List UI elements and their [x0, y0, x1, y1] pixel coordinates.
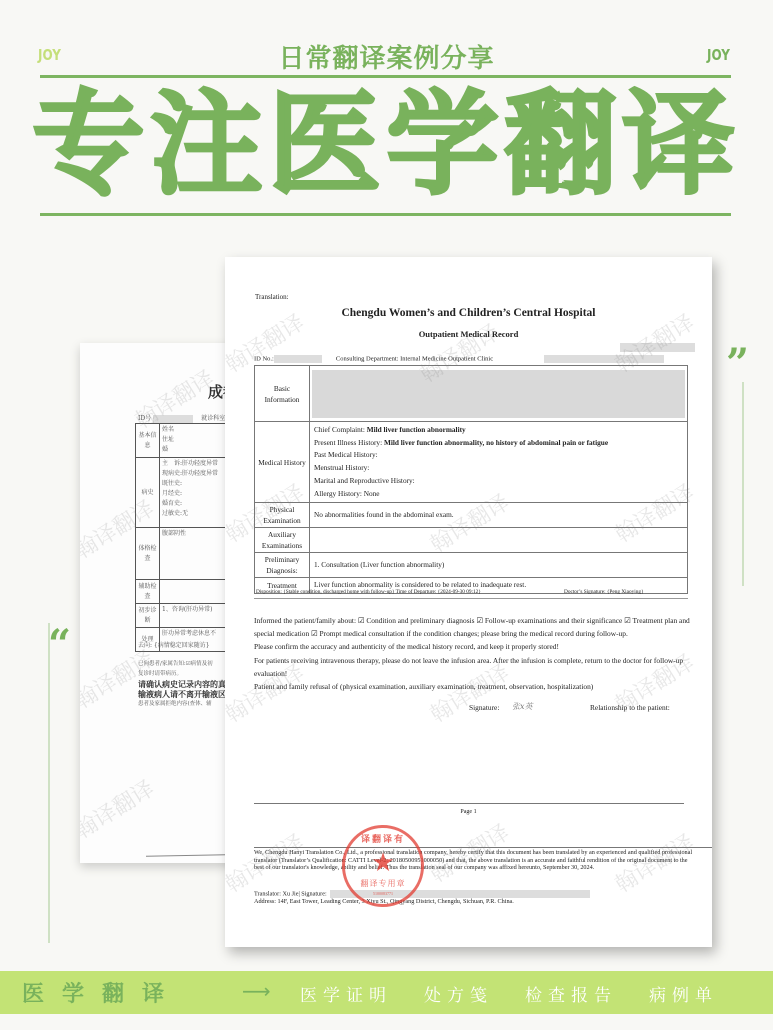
- history-key: Allergy History: None: [314, 489, 380, 498]
- original-disposition: 去向: {病情稳定回家随访}: [138, 641, 234, 651]
- history-value: Mild liver function abnormality, no hist…: [384, 438, 608, 447]
- seal-top-text: 译翻译有: [345, 832, 421, 845]
- hospital-name: Chengdu Women’s and Children’s Central H…: [225, 307, 712, 319]
- department: Consulting Department: Internal Medicine…: [336, 355, 493, 362]
- history-line: Allergy History: None: [314, 488, 683, 501]
- watermark: 翰译翻译: [80, 772, 160, 845]
- history-key: Menstrual History:: [314, 463, 369, 472]
- category-exam-report: 检查报告: [525, 981, 617, 1006]
- table-row: Basic Information: [255, 366, 688, 422]
- certification-text: We, Chengdu Hanyi Translation Co., Ltd.,…: [254, 849, 694, 872]
- history-line: Marital and Reproductive History:: [314, 475, 683, 488]
- divider: [254, 803, 684, 804]
- table-row: Preliminary Diagnosis: 1. Consultation (…: [255, 553, 688, 578]
- doctor-signature: Doctor’s Signature: {Peng Xiaoying}: [564, 589, 644, 595]
- decor-line-left: [48, 623, 50, 943]
- translator-line: Translator: Xu Jie| Signature:: [254, 890, 327, 897]
- original-row-label: 体格检查: [136, 528, 160, 580]
- category-prescription: 处方笺: [424, 981, 493, 1006]
- original-notes: 去向: {病情稳定回家随访} 已向患者/家属告知:☑病情及初 复诊时请带病历。 …: [138, 641, 234, 709]
- decor-line-right: [742, 382, 744, 586]
- main-title: 专注医学翻译: [0, 80, 773, 210]
- history-line: Chief Complaint: Mild liver function abn…: [314, 424, 683, 437]
- page-number: Page 1: [225, 809, 712, 815]
- redaction: [620, 343, 695, 352]
- category-medical-certificate: 医学证明: [300, 981, 392, 1006]
- redaction: [544, 355, 664, 363]
- medical-history-cell: Chief Complaint: Mild liver function abn…: [310, 422, 688, 503]
- translation-document: Translation: Chengdu Women’s and Childre…: [225, 257, 712, 947]
- row-label: Preliminary Diagnosis:: [255, 553, 310, 578]
- history-line: Present Illness History: Mild liver func…: [314, 437, 683, 450]
- original-note: 患者及家属拒绝内容(查体、辅: [138, 699, 234, 709]
- subtitle: 日常翻译案例分享: [0, 38, 773, 75]
- original-row-label: 基本信息: [136, 424, 160, 458]
- history-key: Chief Complaint:: [314, 425, 367, 434]
- informed-text: Patient and family refusal of (physical …: [254, 680, 694, 693]
- original-note: 输液病人请不离开输液区,: [138, 689, 234, 699]
- history-key: Past Medical History:: [314, 450, 378, 459]
- medical-record-table: Basic Information Medical History Chief …: [254, 365, 688, 594]
- row-label: Basic Information: [255, 366, 310, 422]
- original-footer-line: [146, 854, 226, 856]
- disposition-row: Disposition: {Stable condition, discharg…: [256, 589, 686, 595]
- translation-seal: 译翻译有 ★ 翻译专用章 5100083771: [342, 825, 424, 907]
- history-line: Menstrual History:: [314, 462, 683, 475]
- row-value: 1. Consultation (Liver function abnormal…: [310, 553, 688, 578]
- seal-bottom-text: 翻译专用章: [345, 878, 421, 889]
- row-label: Auxiliary Examinations: [255, 528, 310, 553]
- seal-number: 5100083771: [345, 891, 421, 896]
- table-row: Physical Examination No abnormalities fo…: [255, 503, 688, 528]
- original-dept-label: 就诊科室: [201, 415, 225, 422]
- row-value: No abnormalities found in the abdominal …: [310, 503, 688, 528]
- row-value: [310, 528, 688, 553]
- divider-bottom: [40, 213, 731, 216]
- open-quote-icon: “: [48, 625, 71, 665]
- original-id-label: ID号: [138, 415, 151, 422]
- bottom-banner: 医学翻译 ⟶ 医学证明 处方笺 检查报告 病例单: [0, 971, 773, 1014]
- relationship-label: Relationship to the patient:: [590, 703, 670, 712]
- original-note: 复诊时请带病历。: [138, 669, 234, 679]
- divider: [254, 847, 712, 848]
- handwritten-signature: 张x英: [512, 701, 533, 712]
- table-row: Medical History Chief Complaint: Mild li…: [255, 422, 688, 503]
- close-quote-icon: ”: [726, 344, 749, 384]
- divider: [254, 598, 688, 599]
- basic-info-cell: [310, 366, 688, 422]
- disposition: Disposition: {Stable condition, discharg…: [256, 589, 481, 595]
- translator-info: Translator: Xu Jie| Signature: Address: …: [254, 890, 694, 906]
- redaction: [312, 370, 685, 418]
- original-document: 成都 ID号就诊科室 基本信息姓名住址婚病史主 诉:肝功轻度异常现病史:肝功轻度…: [80, 343, 240, 863]
- original-row-label: 辅助检查: [136, 580, 160, 604]
- table-row: Auxiliary Examinations: [255, 528, 688, 553]
- informed-text: Please confirm the accuracy and authenti…: [254, 640, 694, 653]
- history-value: Mild liver function abnormality: [367, 425, 466, 434]
- original-note: 已向患者/家属告知:☑病情及初: [138, 659, 234, 669]
- original-id-row: ID号就诊科室: [138, 413, 225, 423]
- id-label: ID No.:: [254, 355, 274, 362]
- arrow-right-icon: ⟶: [242, 979, 271, 1003]
- history-key: Present Illness History:: [314, 438, 384, 447]
- informed-text: Informed the patient/family about: ☑ Con…: [254, 614, 694, 640]
- original-row-label: 初步诊断: [136, 604, 160, 628]
- original-row-label: 病史: [136, 458, 160, 528]
- history-key: Marital and Reproductive History:: [314, 476, 415, 485]
- row-label: Physical Examination: [255, 503, 310, 528]
- informed-text: For patients receiving intravenous thera…: [254, 654, 694, 680]
- translation-label: Translation:: [255, 293, 289, 301]
- star-icon: ★: [345, 850, 421, 876]
- original-note: 请确认病史记录内容的真实: [138, 679, 234, 689]
- signature-label: Signature:: [469, 703, 499, 712]
- record-title: Outpatient Medical Record: [225, 329, 712, 339]
- divider-top: [40, 75, 731, 78]
- service-categories: 医学证明 处方笺 检查报告 病例单: [300, 981, 718, 1006]
- banner-brand: 医学翻译: [22, 977, 182, 1008]
- informed-notes: Informed the patient/family about: ☑ Con…: [254, 614, 694, 693]
- category-case-record: 病例单: [649, 981, 718, 1006]
- row-label: Medical History: [255, 422, 310, 503]
- redaction: [274, 355, 322, 363]
- redaction: [153, 415, 193, 423]
- history-line: Past Medical History:: [314, 449, 683, 462]
- id-department-row: ID No.:Consulting Department: Internal M…: [254, 355, 694, 363]
- address: Address: 14F, East Tower, Leading Center…: [254, 898, 694, 906]
